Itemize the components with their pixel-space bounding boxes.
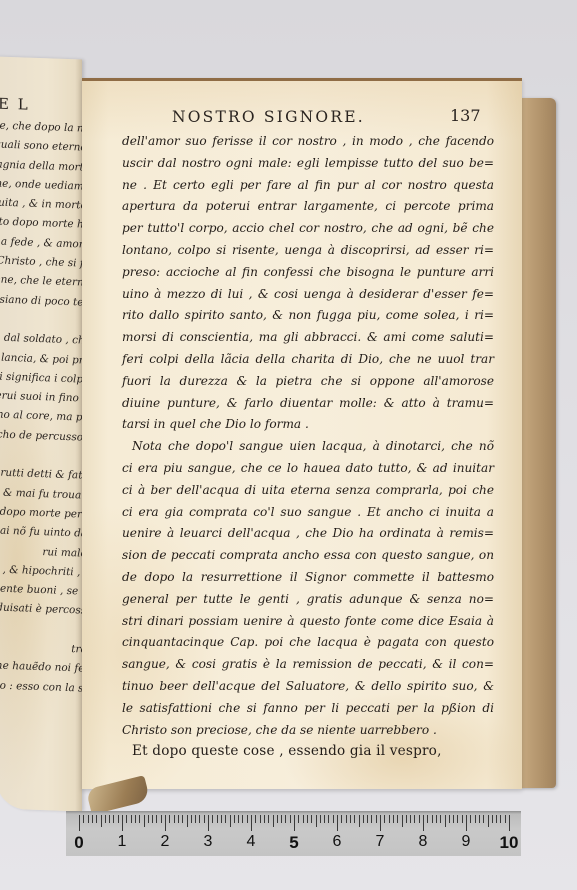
ruler-tick	[457, 815, 458, 823]
ruler-tick	[83, 815, 84, 823]
left-running-head: E L	[0, 95, 30, 114]
ruler-tick	[376, 815, 377, 823]
page-number: 137	[450, 106, 481, 125]
ruler-label: 5	[289, 833, 298, 853]
text-line: lontano, colpo si risente, uenga à disco…	[122, 240, 494, 262]
ruler-tick	[285, 815, 286, 823]
ruler-label: 9	[462, 833, 471, 851]
ruler-tick	[234, 815, 235, 823]
ruler-tick	[337, 815, 338, 831]
ruler-tick	[105, 815, 106, 823]
ruler-tick	[281, 815, 282, 823]
ruler-tick	[113, 815, 114, 823]
ruler-tick	[384, 815, 385, 823]
ruler-tick	[483, 815, 484, 823]
text-line: general per tutte le genti , gratis adun…	[122, 589, 494, 611]
text-line: diuine punture, & farlo diuentar molle: …	[122, 393, 494, 415]
ruler-tick	[363, 815, 364, 823]
text-line: Et dopo queste cose , essendo gia il ves…	[122, 741, 494, 763]
ruler-tick	[453, 815, 454, 823]
facing-left-page: E L ne, che dopo la noquali sono eterne,…	[0, 56, 82, 811]
text-line: feri colpi della lãcia della charita di …	[122, 349, 494, 371]
text-line: sangue, & cosi gratis è la remission de …	[122, 654, 494, 676]
ruler-tick	[470, 815, 471, 823]
left-page-text: ne, che dopo la noquali sono eterne,agni…	[0, 116, 82, 698]
ruler-tick	[101, 815, 102, 827]
text-line: ci era piu sangue, che ce lo haueа dato …	[122, 458, 494, 480]
ruler-tick	[432, 815, 433, 823]
text-line: Christo son preciose, che da se niente u…	[122, 720, 494, 742]
ruler-tick	[251, 815, 252, 831]
text-line: fuori la durezza & la pietra che si oppo…	[122, 371, 494, 393]
ruler-tick	[255, 815, 256, 823]
ruler-tick	[500, 815, 501, 823]
ruler-label: 10	[500, 833, 519, 853]
left-text-line: iene, che le eterne	[0, 271, 82, 294]
ruler-tick	[449, 815, 450, 823]
left-text-line: quali sono eterne,	[0, 136, 82, 159]
ruler-tick	[161, 815, 162, 823]
ruler-tick	[208, 815, 209, 831]
ruler-tick	[406, 815, 407, 823]
ruler-tick	[122, 815, 123, 831]
ruler-tick	[496, 815, 497, 823]
ruler-tick	[419, 815, 420, 823]
ruler-tick	[88, 815, 89, 823]
text-line: morsi di conscientia, ma gli abbracci. &…	[122, 327, 494, 349]
ruler-tick	[359, 815, 360, 827]
ruler-tick	[273, 815, 274, 827]
ruler-tick	[260, 815, 261, 823]
ruler-tick	[264, 815, 265, 823]
text-line: ci à ber dell'acqua di uita eterna senza…	[122, 480, 494, 502]
ruler-tick	[492, 815, 493, 823]
ruler-tick	[341, 815, 342, 823]
ruler-tick	[410, 815, 411, 823]
ruler-label: 4	[247, 833, 256, 851]
ruler-tick	[135, 815, 136, 823]
ruler-tick	[126, 815, 127, 823]
ruler-tick	[139, 815, 140, 823]
book-binding-edge	[520, 98, 556, 788]
text-line: sion de peccati comprata ancho essa con …	[122, 545, 494, 567]
ruler-tick	[277, 815, 278, 823]
ruler-tick	[333, 815, 334, 823]
ruler-tick	[346, 815, 347, 823]
book-page: NOSTRO SIGNORE. 137 dell'amor suo feriss…	[82, 78, 522, 789]
ruler-tick	[199, 815, 200, 823]
ruler-tick	[187, 815, 188, 827]
ruler-tick	[96, 815, 97, 823]
text-line: rito dallo spirito santo, & non fugga pi…	[122, 305, 494, 327]
ruler-tick	[462, 815, 463, 823]
ruler-tick	[350, 815, 351, 823]
ruler-tick	[328, 815, 329, 823]
ruler-tick	[427, 815, 428, 823]
ruler-tick	[156, 815, 157, 823]
ruler-tick	[212, 815, 213, 823]
text-line: preso: accioche al fin confessi che biso…	[122, 262, 494, 284]
ruler-tick	[303, 815, 304, 823]
ruler-tick	[144, 815, 145, 827]
text-line: apertura da poterui entrar largamente, c…	[122, 196, 494, 218]
ruler-tick	[505, 815, 506, 823]
ruler-tick	[436, 815, 437, 823]
left-text-line: aduisati è percosso	[0, 599, 82, 622]
ruler-tick	[230, 815, 231, 827]
left-text-line: mai nõ fu uinto dal	[0, 522, 82, 545]
ruler-tick	[131, 815, 132, 823]
ruler-tick	[466, 815, 467, 831]
ruler-tick	[475, 815, 476, 823]
ruler-tick	[307, 815, 308, 823]
ruler-tick	[380, 815, 381, 831]
ruler-tick	[440, 815, 441, 823]
ruler-tick	[393, 815, 394, 823]
left-text-line: ta dal soldato , che	[0, 329, 82, 352]
ruler-tick	[445, 815, 446, 827]
ruler-tick	[118, 815, 119, 823]
text-line: cinquantacinque Cap. poi che lacqua è pa…	[122, 632, 494, 654]
left-text-line: e siano di poco tem	[0, 290, 82, 313]
ruler-tick	[268, 815, 269, 823]
text-line: ne . Et certo egli per fare al fin pur a…	[122, 175, 494, 197]
text-line: de dopo la resurrettione il Signor comme…	[122, 567, 494, 589]
ruler-tick	[367, 815, 368, 823]
ruler-tick	[109, 815, 110, 823]
ruler-tick	[324, 815, 325, 823]
left-text-line: che hauẽdo noi fe=	[0, 657, 82, 680]
ruler-tick	[169, 815, 170, 823]
text-line: Nota che dopo'l sangue uien lacqua, à di…	[122, 436, 494, 458]
ruler-tick	[225, 815, 226, 823]
ruler-tick	[298, 815, 299, 823]
ruler-tick	[423, 815, 424, 831]
ruler-tick	[152, 815, 153, 823]
left-text-line: sto : esso con la sua	[0, 676, 82, 699]
running-head: NOSTRO SIGNORE.	[172, 108, 365, 126]
text-line: dell'amor suo ferisse il cor nostro , in…	[122, 131, 494, 153]
text-line: tinuo beer dell'acque del Saluatore, & d…	[122, 676, 494, 698]
ruler-tick	[238, 815, 239, 823]
ruler-tick	[165, 815, 166, 831]
ruler-tick	[242, 815, 243, 823]
ruler-tick	[92, 815, 93, 823]
ruler-tick	[354, 815, 355, 823]
text-line: le satisfattioni che si fanno per li pec…	[122, 698, 494, 720]
ruler-tick	[221, 815, 222, 823]
ruler-tick	[294, 815, 295, 831]
ruler-label: 0	[74, 833, 83, 853]
text-line: uenire à leuarci dell'acqua , che Dio ha…	[122, 523, 494, 545]
ruler-tick	[316, 815, 317, 827]
ruler-tick	[191, 815, 192, 823]
ruler-tick	[195, 815, 196, 823]
left-text-line: ncho de percussori,	[0, 425, 82, 448]
ruler-tick	[402, 815, 403, 827]
ruler-tick	[479, 815, 480, 823]
ruler-tick	[311, 815, 312, 823]
ruler-label: 1	[118, 833, 127, 851]
ruler-tick	[79, 815, 80, 831]
measurement-ruler: 012345678910	[66, 811, 521, 856]
text-line: uscir dal nostro ogni male: egli lempiss…	[122, 153, 494, 175]
ruler-tick	[217, 815, 218, 823]
ruler-tick	[488, 815, 489, 827]
text-line: stri dinari possiam uenire à questo font…	[122, 611, 494, 633]
left-text-line: rutti detti & fatti	[0, 464, 82, 487]
text-line: uino à mezzo di lui , & cosi uenga à des…	[122, 284, 494, 306]
ruler-tick	[178, 815, 179, 823]
ruler-label: 2	[161, 833, 170, 851]
ruler-tick	[182, 815, 183, 823]
ruler-label: 3	[204, 833, 213, 851]
ruler-label: 7	[376, 833, 385, 851]
ruler-tick	[320, 815, 321, 823]
text-line: tarsi in quel che Dio lo forma .	[122, 414, 494, 436]
ruler-tick	[290, 815, 291, 823]
ruler-tick	[414, 815, 415, 823]
ruler-tick	[204, 815, 205, 823]
page-body-text: dell'amor suo ferisse il cor nostro , in…	[122, 131, 494, 763]
ruler-tick	[509, 815, 510, 831]
ruler-tick	[371, 815, 372, 823]
ruler-tick	[148, 815, 149, 823]
ruler-tick	[247, 815, 248, 823]
text-line: per tutto'l corpo, accio chel cor nostro…	[122, 218, 494, 240]
ruler-tick	[397, 815, 398, 823]
ruler-label: 6	[333, 833, 342, 851]
ruler-label: 8	[419, 833, 428, 851]
ruler-tick	[389, 815, 390, 823]
text-line: ci era gia comprata co'l suo sangue . Et…	[122, 502, 494, 524]
ruler-tick	[174, 815, 175, 823]
